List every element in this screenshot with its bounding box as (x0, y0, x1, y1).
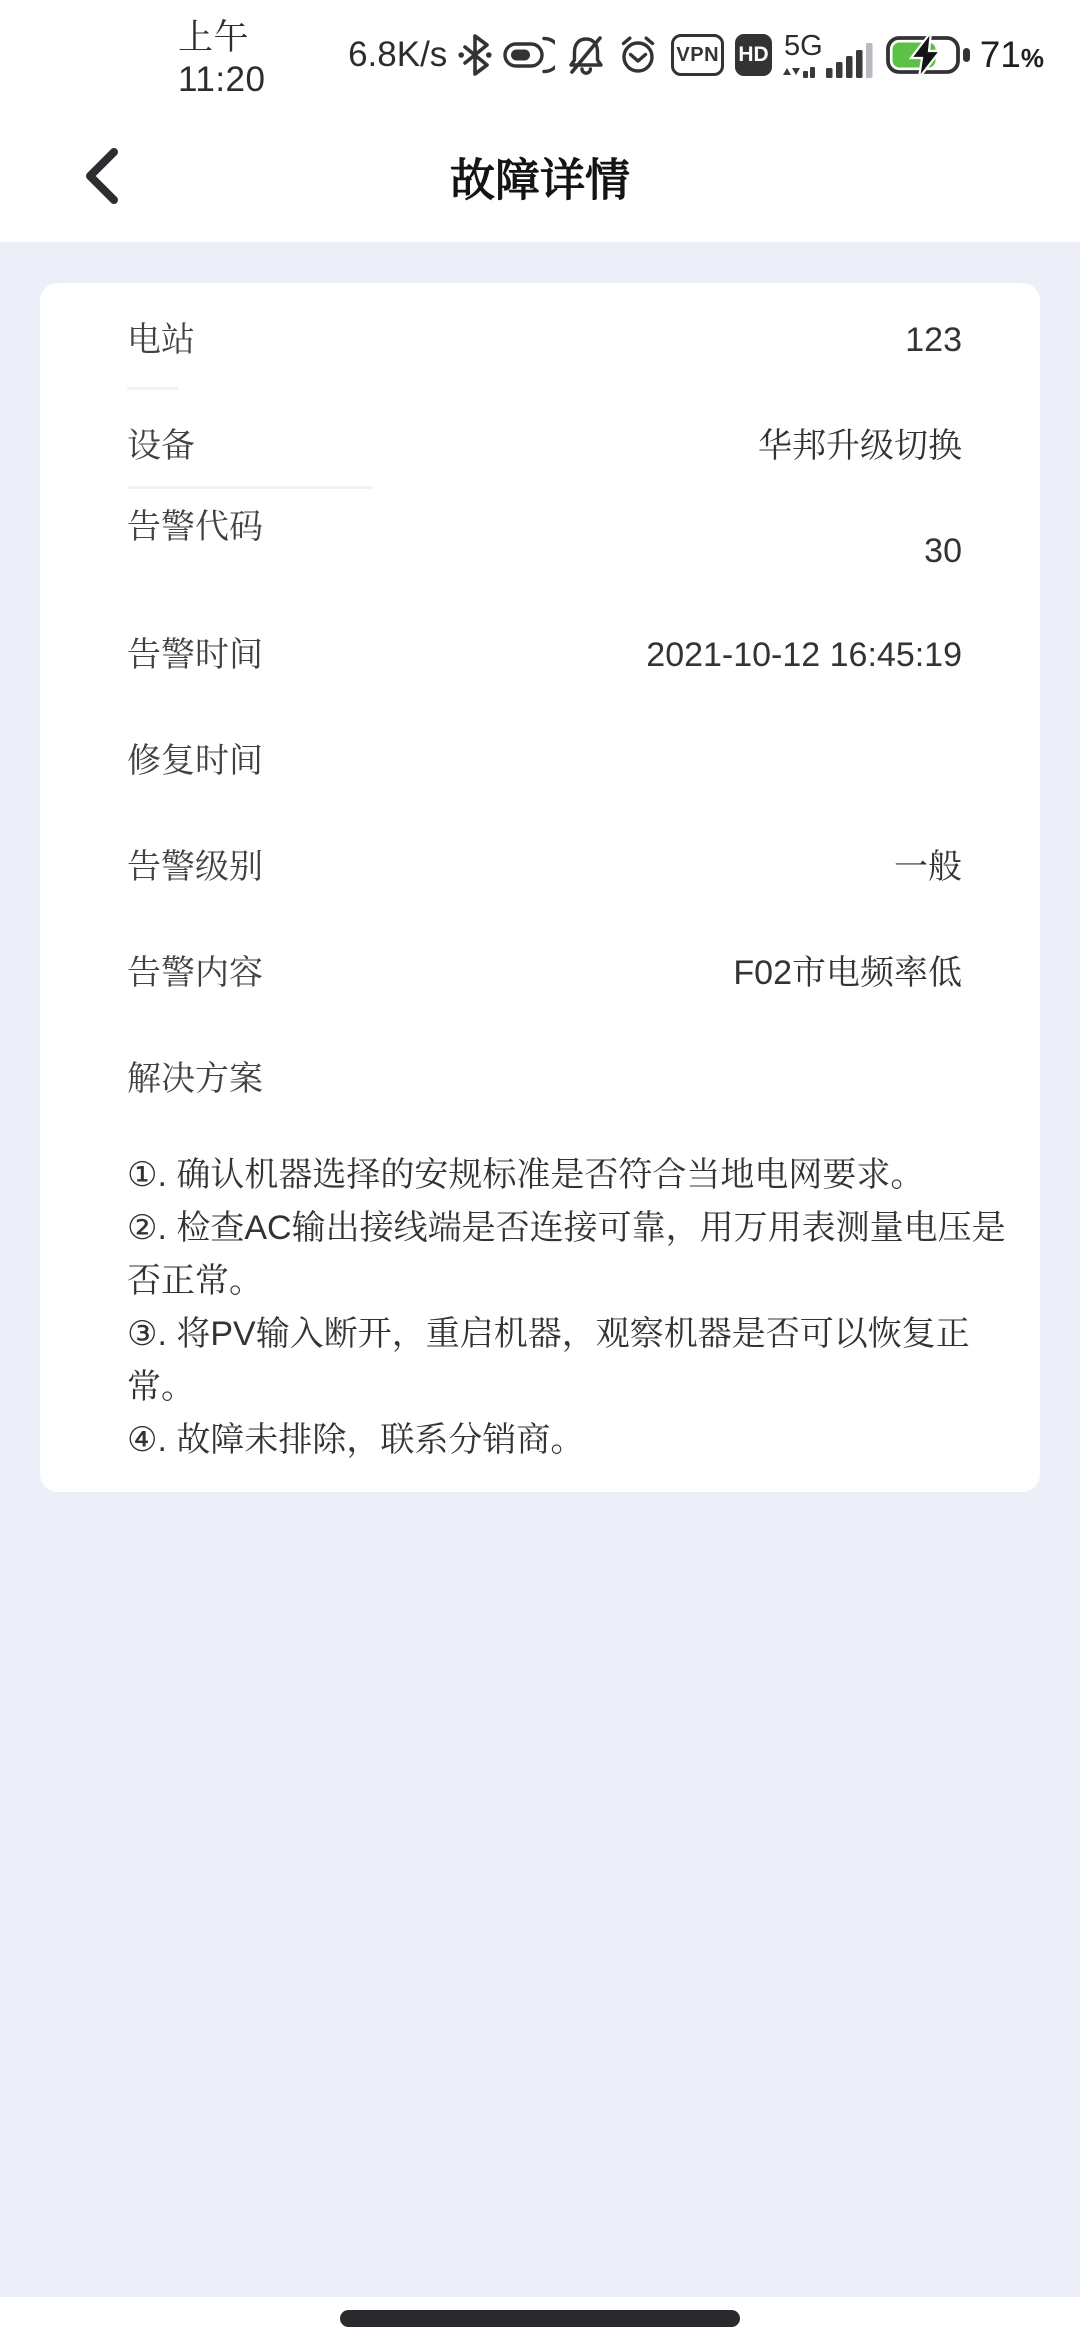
screen: 上午11:20 6.8K/s (0, 0, 1080, 2340)
solution-line: ④. 故障未排除，联系分销商。 (127, 1414, 1020, 1467)
row-alarm-content: 告警内容 F02市电频率低 (127, 950, 1020, 996)
mute-icon (566, 33, 606, 77)
field-label: 修复时间 (127, 738, 263, 784)
field-value: 一般 (894, 844, 962, 890)
data-activity-icon (782, 61, 816, 79)
hd-badge: HD (735, 34, 772, 76)
alarm-clock-icon (617, 33, 659, 77)
field-value: 2021-10-12 16:45:19 (646, 632, 962, 678)
solution-line: ①. 确认机器选择的安规标准是否符合当地电网要求。 (127, 1149, 1020, 1202)
row-repair-time: 修复时间 (127, 738, 1020, 784)
solution-line: ②. 检查AC输出接线端是否连接可靠，用万用表测量电压是 (127, 1202, 1020, 1255)
bluetooth-icon (458, 33, 492, 77)
field-value: F02市电频率低 (733, 950, 962, 996)
row-alarm-code: 告警代码 30 (127, 504, 1020, 574)
row-alarm-level: 告警级别 一般 (127, 844, 1020, 890)
back-button[interactable] (62, 131, 142, 221)
network-type-and-activity: 5G (782, 31, 823, 79)
chevron-left-icon (81, 146, 123, 206)
nfc-icon (503, 35, 555, 75)
hd-badge-label: HD (738, 43, 768, 67)
bottom-strip (0, 2297, 1080, 2340)
battery-indicator: 71% (886, 31, 1044, 79)
network-speed-text: 6.8K/s (348, 35, 447, 75)
content-area: 电站 123 设备 华邦升级切换 告警代码 30 告警时间 2021-10-12… (0, 242, 1080, 2297)
field-label: 告警内容 (127, 950, 263, 996)
solution-line: 常。 (127, 1361, 1020, 1414)
field-value: 华邦升级切换 (758, 423, 962, 469)
divider (127, 486, 373, 489)
signal-bars-icon (826, 41, 874, 79)
field-label: 设备 (127, 423, 195, 469)
row-alarm-time: 告警时间 2021-10-12 16:45:19 (127, 632, 1020, 678)
vpn-badge: VPN (671, 34, 724, 76)
vpn-badge-label: VPN (676, 44, 719, 67)
page-title: 故障详情 (450, 144, 630, 209)
battery-percent-text: 71% (980, 34, 1044, 76)
row-station: 电站 123 (127, 317, 1020, 363)
row-device: 设备 华邦升级切换 (127, 423, 1020, 469)
field-label: 告警级别 (127, 844, 263, 890)
home-indicator[interactable] (340, 2310, 740, 2327)
clock-text: 上午11:20 (178, 10, 308, 100)
divider (127, 387, 179, 390)
solution-label: 解决方案 (127, 1056, 1020, 1102)
solution-text: ①. 确认机器选择的安规标准是否符合当地电网要求。 ②. 检查AC输出接线端是否… (127, 1149, 1020, 1467)
battery-charging-icon (886, 31, 972, 79)
solution-line: ③. 将PV输入断开，重启机器，观察机器是否可以恢复正 (127, 1308, 1020, 1361)
field-label: 告警时间 (127, 632, 263, 678)
nav-bar: 故障详情 (0, 110, 1080, 242)
fault-detail-card: 电站 123 设备 华邦升级切换 告警代码 30 告警时间 2021-10-12… (40, 283, 1040, 1492)
status-bar: 上午11:20 6.8K/s (0, 0, 1080, 110)
network-type-label: 5G (784, 31, 823, 61)
field-label: 电站 (127, 317, 195, 363)
cellular-signal-indicator: 5G (782, 31, 874, 79)
field-value: 123 (905, 317, 962, 363)
solution-line: 否正常。 (127, 1255, 1020, 1308)
